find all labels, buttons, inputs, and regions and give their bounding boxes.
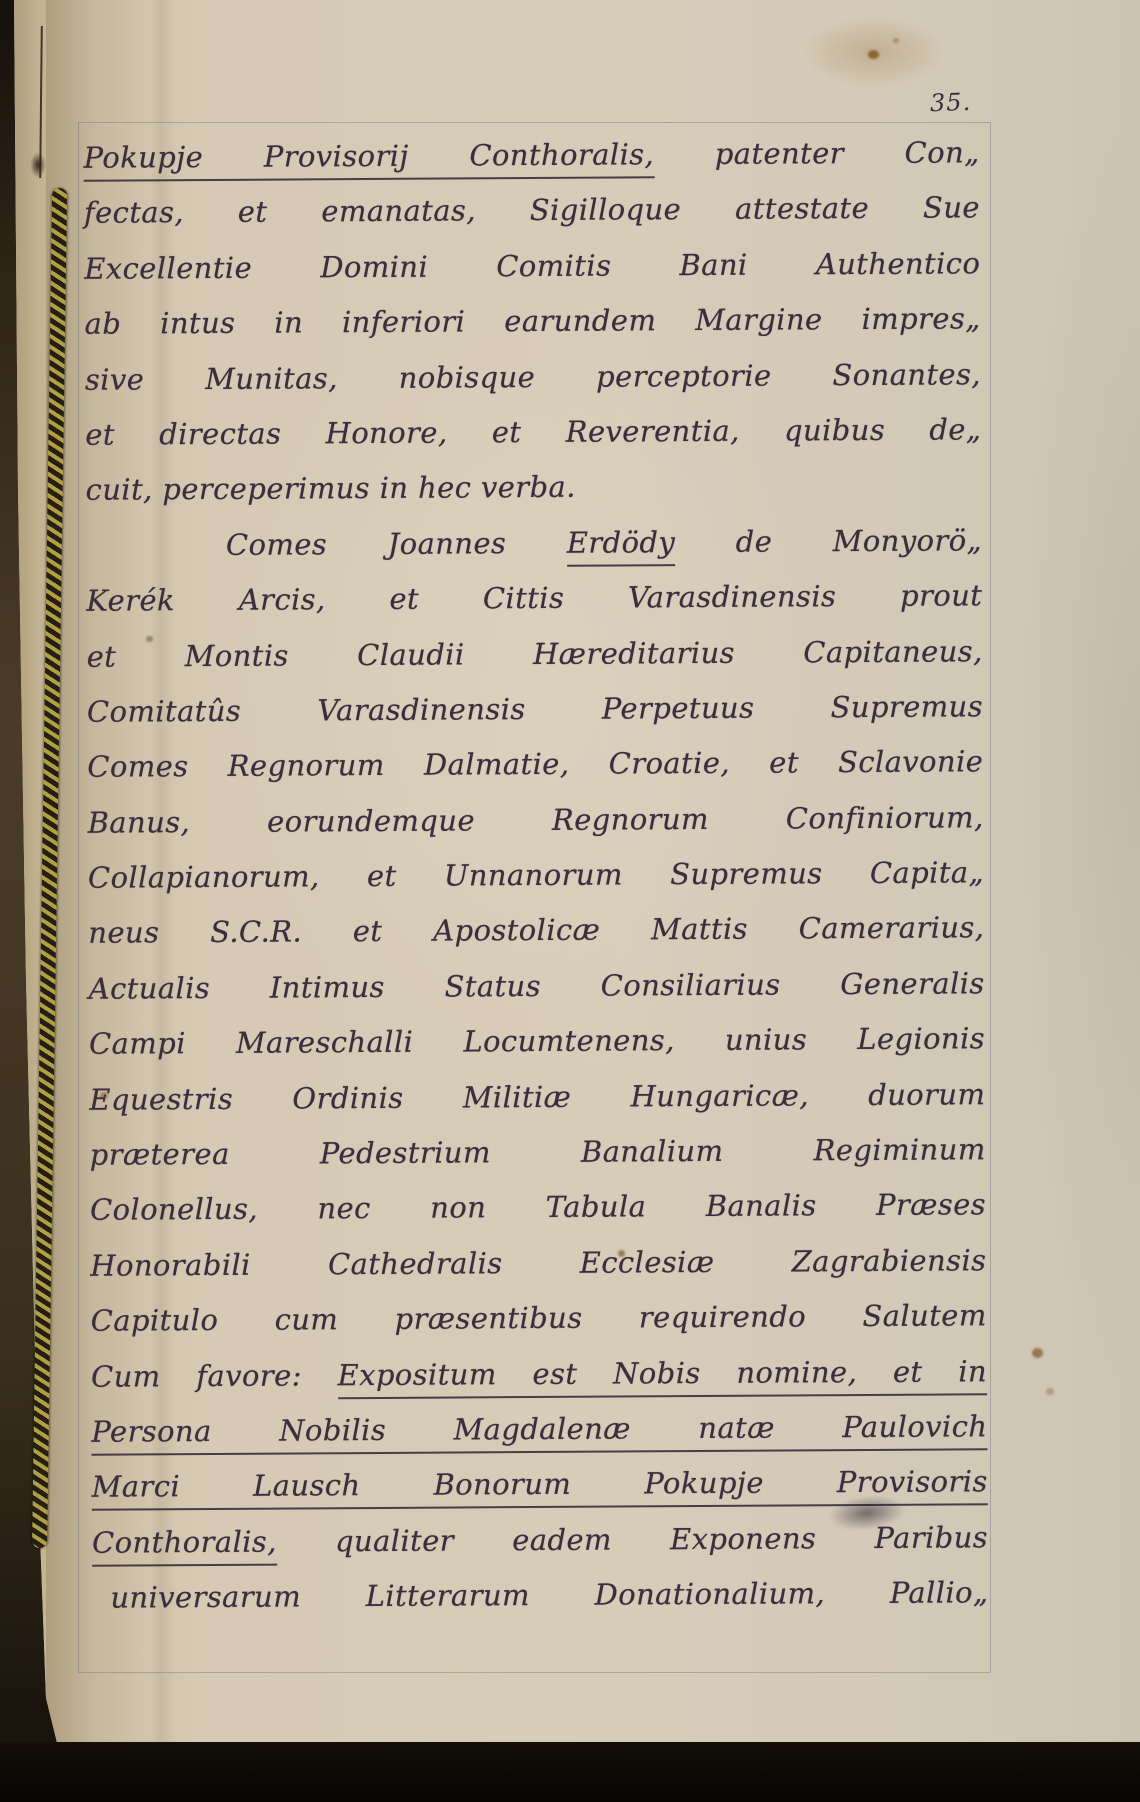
- text-segment: patenter Con„: [654, 135, 980, 171]
- manuscript-line: neus S.C.R. et Apostolicæ Mattis Camerar…: [88, 903, 984, 964]
- text-segment: neus S.C.R. et Apostolicæ Mattis Camerar…: [88, 911, 984, 950]
- manuscript-line: Cum favore: Expositum est Nobis nomine, …: [91, 1346, 987, 1407]
- underlined-text: Expositum est Nobis nomine, et in: [337, 1354, 987, 1399]
- text-segment: Cum favore:: [91, 1358, 338, 1394]
- text-segment: Kerék Arcis, et Cittis Varasdinensis pro…: [86, 578, 982, 617]
- paper-stain: [1032, 1348, 1043, 1358]
- manuscript-line: Equestris Ordinis Militiæ Hungaricæ, duo…: [89, 1069, 985, 1130]
- text-segment: Collapianorum, et Unnanorum Supremus Cap…: [88, 855, 984, 894]
- manuscript-line: cuit, perceperimus in hec verba.: [85, 460, 981, 521]
- manuscript-page: 35. Pokupje Provisorij Conthoralis, pate…: [0, 0, 1140, 1802]
- manuscript-line: et directas Honore, et Reverentia, quibu…: [85, 404, 981, 465]
- paper-stain: [1046, 1388, 1054, 1395]
- text-segment: Banus, eorundemque Regnorum Confiniorum,: [88, 800, 984, 839]
- text-segment: Comitatûs Varasdinensis Perpetuus Suprem…: [87, 689, 983, 728]
- manuscript-line: Kerék Arcis, et Cittis Varasdinensis pro…: [86, 570, 982, 631]
- text-segment: universarum Litterarum Donationalium, Pa…: [110, 1575, 988, 1614]
- page-number: 35.: [930, 87, 1001, 117]
- manuscript-line: Pokupje Provisorij Conthoralis, patenter…: [83, 127, 979, 188]
- manuscript-line: Excellentie Domini Comitis Bani Authenti…: [84, 238, 980, 299]
- manuscript-line: Collapianorum, et Unnanorum Supremus Cap…: [88, 847, 984, 908]
- text-segment: Capitulo cum præsentibus requirendo Salu…: [91, 1298, 987, 1337]
- text-segment: et Montis Claudii Hæreditarius Capitaneu…: [87, 634, 983, 673]
- text-segment: Comes Regnorum Dalmatie, Croatie, et Scl…: [87, 745, 983, 784]
- text-segment: Actualis Intimus Status Consiliarius Gen…: [89, 966, 985, 1005]
- text-segment: Honorabili Cathedralis Ecclesiæ Zagrabie…: [90, 1243, 986, 1282]
- paper-stain: [893, 38, 899, 43]
- text-segment: Equestris Ordinis Militiæ Hungaricæ, duo…: [89, 1077, 985, 1116]
- manuscript-line: sive Munitas, nobisque perceptorie Sonan…: [85, 349, 981, 410]
- text-segment: et directas Honore, et Reverentia, quibu…: [85, 412, 981, 451]
- manuscript-line: universarum Litterarum Donationalium, Pa…: [92, 1567, 988, 1628]
- manuscript-line: Comitatûs Varasdinensis Perpetuus Suprem…: [87, 681, 983, 742]
- manuscript-text: Pokupje Provisorij Conthoralis, patenter…: [83, 127, 988, 1628]
- manuscript-line: Persona Nobilis Magdalenæ natæ Paulovich: [91, 1401, 987, 1462]
- manuscript-line: Campi Mareschalli Locumtenens, unius Leg…: [89, 1014, 985, 1075]
- manuscript-line: ab intus in inferiori earundem Margine i…: [84, 293, 980, 354]
- text-segment: Excellentie Domini Comitis Bani Authenti…: [84, 246, 980, 285]
- manuscript-line: et Montis Claudii Hæreditarius Capitaneu…: [86, 626, 982, 687]
- underlined-text: Pokupje Provisorij Conthoralis,: [83, 137, 654, 181]
- paper-stain: [100, 1092, 108, 1099]
- manuscript-line: fectas, et emanatas, Sigilloque attestat…: [84, 183, 980, 244]
- text-segment: de Monyorö„: [675, 523, 982, 559]
- manuscript-line: Honorabili Cathedralis Ecclesiæ Zagrabie…: [90, 1235, 986, 1296]
- paper-stain: [618, 1250, 625, 1257]
- paper-stain: [146, 636, 153, 642]
- manuscript-line: Colonellus, nec non Tabula Banalis Præse…: [90, 1180, 986, 1241]
- text-segment: fectas, et emanatas, Sigilloque attestat…: [84, 191, 980, 230]
- text-segment: præterea Pedestrium Banalium Regiminum: [90, 1132, 986, 1171]
- paper-stain: [868, 50, 879, 59]
- text-segment: cuit, perceperimus in hec verba.: [86, 470, 576, 507]
- text-segment: Comes Joannes: [226, 526, 567, 562]
- manuscript-line: Banus, eorundemque Regnorum Confiniorum,: [88, 792, 984, 853]
- underlined-text: Persona Nobilis Magdalenæ natæ Paulovich: [91, 1409, 987, 1455]
- manuscript-line: Actualis Intimus Status Consiliarius Gen…: [89, 958, 985, 1019]
- underlined-text: Erdödy: [567, 525, 676, 567]
- background-shadow: [0, 1742, 1140, 1802]
- photograph-background: 35. Pokupje Provisorij Conthoralis, pate…: [0, 0, 1140, 1802]
- text-segment: sive Munitas, nobisque perceptorie Sonan…: [85, 357, 981, 396]
- text-segment: ab intus in inferiori earundem Margine i…: [85, 301, 981, 340]
- manuscript-line: Comes Joannes Erdödy de Monyorö„: [86, 515, 982, 576]
- manuscript-line: Comes Regnorum Dalmatie, Croatie, et Scl…: [87, 737, 983, 798]
- binding-thread-knot: [30, 152, 46, 178]
- text-segment: Campi Mareschalli Locumtenens, unius Leg…: [89, 1022, 985, 1061]
- text-segment: Colonellus, nec non Tabula Banalis Præse…: [90, 1188, 986, 1227]
- manuscript-line: Capitulo cum præsentibus requirendo Salu…: [91, 1290, 987, 1351]
- manuscript-line: præterea Pedestrium Banalium Regiminum: [90, 1124, 986, 1185]
- underlined-text: Conthoralis,: [92, 1524, 277, 1566]
